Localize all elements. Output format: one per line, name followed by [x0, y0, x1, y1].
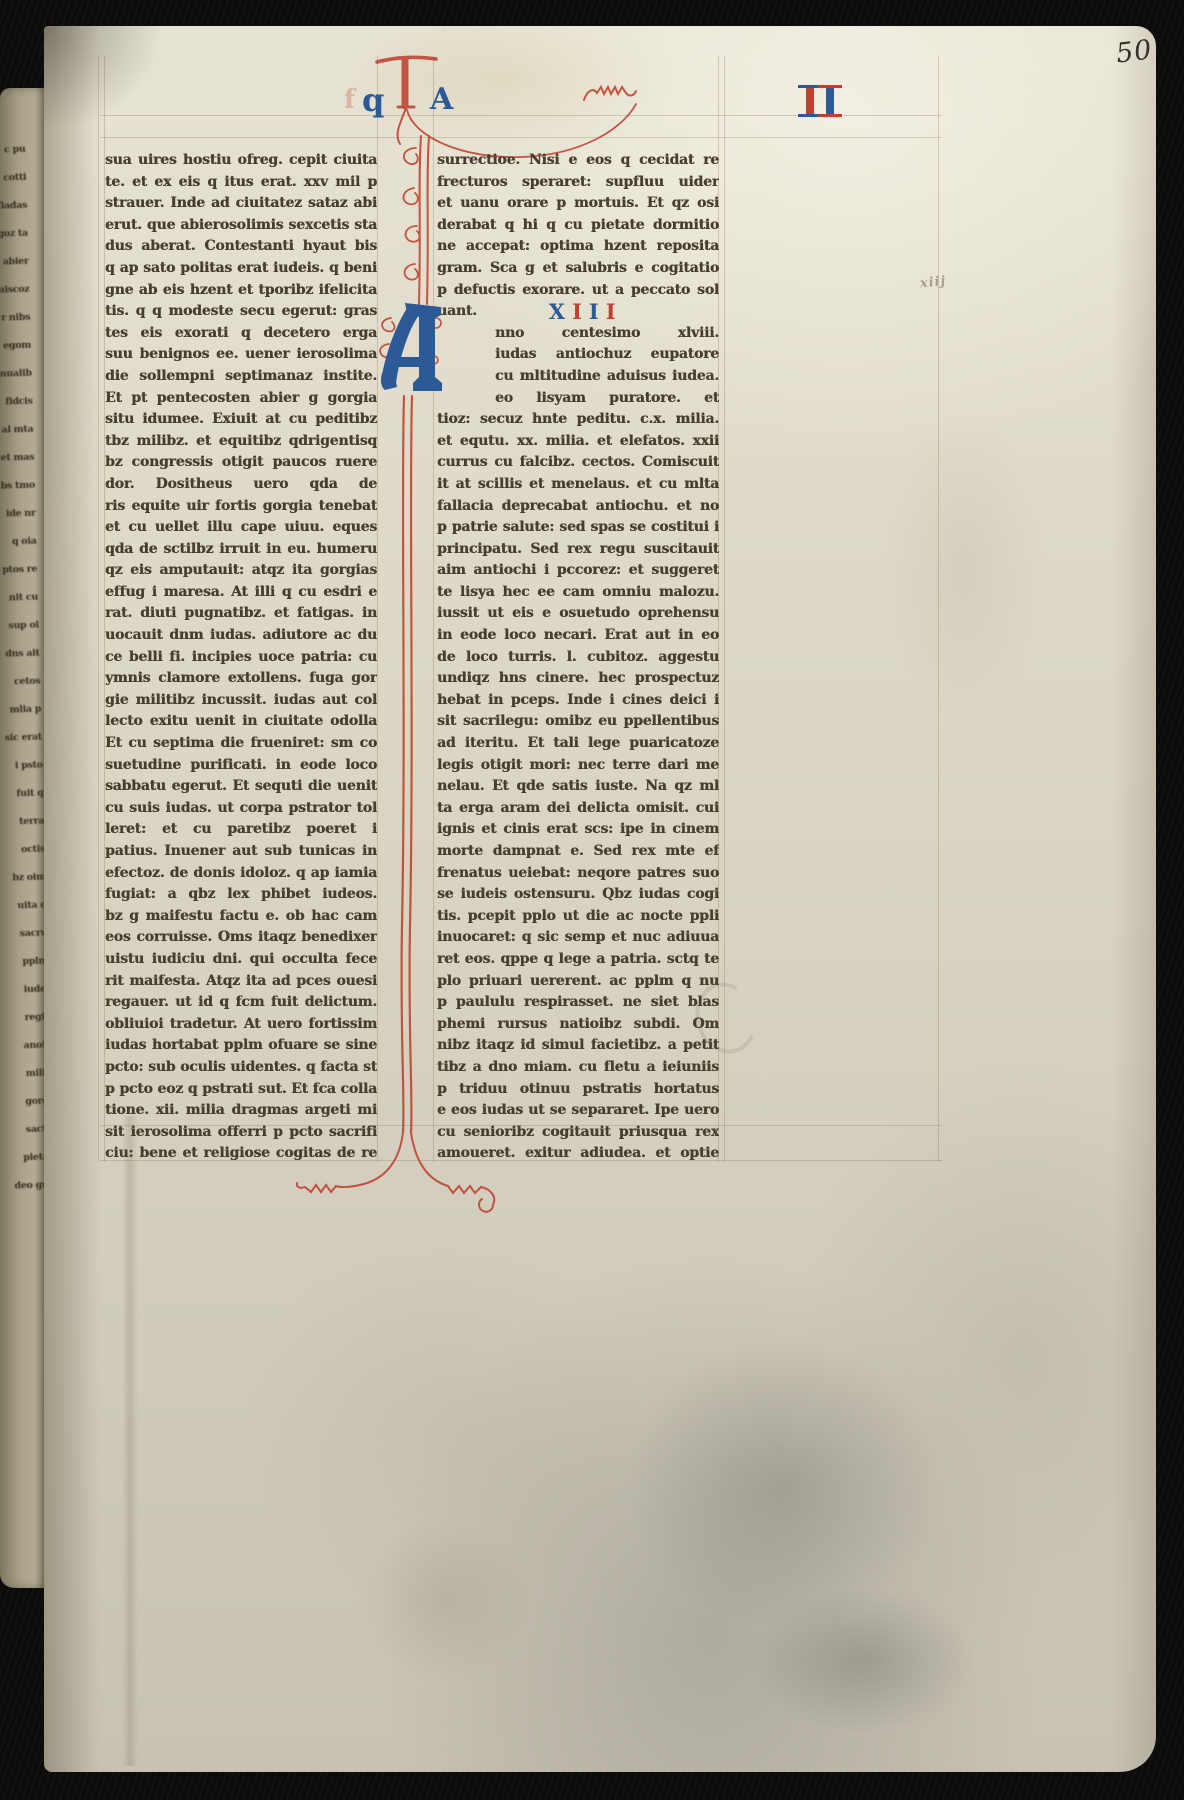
text-line: morte dampnat e. Sed rex mte ef — [437, 841, 719, 863]
bleed-through-line: r nibs — [0, 303, 37, 332]
bleed-through-line: fuit q — [3, 779, 50, 808]
text-line: p defuctis exorare. ut a peccato sol — [437, 280, 719, 302]
text-line: uant.XIII — [437, 301, 719, 323]
text-line: gram. Sca g et salubris e cogitatio — [437, 258, 719, 280]
text-line: ignis et cinis erat scs: ipe in cinem — [437, 819, 719, 841]
text-line: tibz a dno miam. cu fletu a ieiuniis — [437, 1057, 719, 1079]
text-line: iudas hortabat pplm ofuare se sine — [105, 1035, 377, 1057]
ruling-line — [377, 56, 378, 1162]
text-line: ne accepat: optima hzent reposita — [437, 236, 719, 258]
text-line: de loco turris. l. cubitoz. aggestu — [437, 647, 719, 669]
text-line: ta erga aram dei delicta omisit. cui — [437, 798, 719, 820]
text-line: tes eis exorati q decetero erga genu — [105, 323, 377, 345]
bleed-through-line: c pu — [0, 136, 32, 165]
text-line: qda de sctilbz irruit in eu. humeru — [105, 539, 377, 561]
text-line: cu suis iudas. ut corpa pstrator tol — [105, 798, 377, 820]
text-line: fugiat: a qbz lex phibet iudeos. Omi — [105, 884, 377, 906]
text-line: ce belli fi. incipies uoce patria: cu — [105, 647, 377, 669]
text-line: bz g maifestu factu e. ob hac cam — [105, 906, 377, 928]
ruling-line — [98, 56, 99, 1162]
text-line: nno centesimo xlviii. cognouit — [437, 323, 719, 345]
text-line: tis. pcepit pplo ut die ac nocte ppli — [437, 906, 719, 928]
text-line: eo lisyam puratore. et ppositu nego — [437, 388, 719, 410]
margin-note: xiij — [919, 275, 947, 292]
bleed-through-line: nit cu — [0, 583, 44, 612]
text-line: aim antiochi i pccorez: et suggeret — [437, 560, 719, 582]
chapter-numeral-letter: I — [572, 301, 582, 323]
text-line: p triduu otinuu pstratis hortatus — [437, 1079, 719, 1101]
text-line: efectoz. de donis idoloz. q ap iamia — [105, 863, 377, 885]
text-line: cu mltitudine aduisus iudea. et cu — [437, 366, 719, 388]
text-line: tione. xii. milia dragmas argeti mi — [105, 1100, 377, 1122]
text-line: uistu iudiciu dni. qui occulta fece — [105, 949, 377, 971]
bleed-through-line: cetos — [0, 667, 47, 696]
parchment-fold — [122, 1116, 138, 1766]
header-numeral-stroke — [806, 88, 814, 114]
text-line: Et cu septima die frueniret: sm co — [105, 733, 377, 755]
text-line: iudas antiochuz eupatore uenire — [437, 344, 719, 366]
text-line: frenatus ueiebat: neqore patres suo — [437, 863, 719, 885]
previous-page-edge: c pucottifiadasgoz taabieruiscozr nibseg… — [0, 88, 50, 1588]
bleed-through-line: mlia p — [1, 695, 48, 724]
text-line: plo priuari uererent. ac pplm q nu — [437, 971, 719, 993]
bleed-through-line: et mas — [0, 443, 41, 472]
text-line: ris equite uir fortis gorgia tenebat — [105, 496, 377, 518]
text-line: tbz milibz. et equitibz qdrigentisq — [105, 431, 377, 453]
text-line: undiqz hns cinere. hec prospectuz — [437, 668, 719, 690]
text-line: tioz: secuz hnte peditu. c.x. milia. — [437, 409, 719, 431]
text-line: rat. diuti pugnatibz. et fatigas. in — [105, 603, 377, 625]
text-line: sit sacrilegu: omibz eu ppellentibus — [437, 711, 719, 733]
text-line: derabat q hi q cu pietate dormitio — [437, 215, 719, 237]
text-line: ad iteritu. Et tali lege puaricatoze — [437, 733, 719, 755]
text-line: strauer. Inde ad ciuitatez sataz abi — [105, 193, 377, 215]
text-line: fallacia deprecabat antiochu. et no — [437, 496, 719, 518]
bleed-through-line: goz ta — [0, 220, 34, 249]
header-ghost-letter: f — [344, 86, 355, 114]
text-line: se iudeis ostensuru. Qbz iudas cogi — [437, 884, 719, 906]
header-letter-a: A — [430, 84, 453, 116]
ruling-line — [433, 56, 434, 1162]
chapter-numeral-letter: X — [549, 301, 565, 323]
text-line: erut. que abierosolimis sexcetis sta — [105, 215, 377, 237]
bleed-through-line: ide nr — [0, 499, 42, 528]
text-line: uocauit dnm iudas. adiutore ac du — [105, 625, 377, 647]
text-line: suu benignos ee. uener ierosolima — [105, 344, 377, 366]
text-line: ymnis clamore extollens. fuga gor — [105, 668, 377, 690]
bleed-through-line: bs tmo — [0, 471, 41, 500]
header-letter-q: q — [362, 84, 384, 116]
text-line: situ idumee. Exiuit at cu peditibz — [105, 409, 377, 431]
bleed-through-line: cotti — [0, 164, 33, 193]
bleed-through-line: ptos re — [0, 555, 44, 584]
text-line: p patrie salute: sed spas se costitui i — [437, 517, 719, 539]
text-line: gne ab eis hzent et tporibz ifelicita — [105, 280, 377, 302]
bleed-through-line: abier — [0, 248, 35, 277]
text-line: it at scillis et menelaus. et cu mlta — [437, 474, 719, 496]
text-line: te lisya hec ee cam omniu malozu. — [437, 582, 719, 604]
text-line: dor. Dositheus uero qda de bacheno — [105, 474, 377, 496]
bleed-through-line: uiscoz — [0, 276, 36, 305]
text-line: eos corruisse. Oms itaqz benedixer — [105, 927, 377, 949]
bleed-through-line: i psto — [2, 751, 49, 780]
text-line: obliuioi tradetur. At uero fortissim — [105, 1014, 377, 1036]
text-line: amoueret. exitur adiudea. et optie — [437, 1143, 719, 1165]
text-line: die sollempni septimanaz instite. — [105, 366, 377, 388]
text-line: Et pt pentecosten abier g gorgia ppo — [105, 388, 377, 410]
text-line: rit maifesta. Atqz ita ad pces ouesi — [105, 971, 377, 993]
ruling-line — [100, 137, 942, 138]
text-line: gie militibz incussit. iudas aut col — [105, 690, 377, 712]
header-numeral-right — [806, 88, 834, 114]
text-line: in eode loco necari. Erat aut in eo — [437, 625, 719, 647]
parchment-smudge — [854, 356, 1074, 776]
text-column-left: sua uires hostiu ofreg. cepit ciuitate. … — [105, 150, 377, 1166]
text-line: p pcto eoz q pstrati sut. Et fca colla — [105, 1079, 377, 1101]
text-line: currus cu falcibz. cectos. Comiscuit — [437, 452, 719, 474]
bleed-through-line: egom — [0, 331, 37, 360]
ruling-line — [938, 56, 939, 1162]
text-line: nibz itaqz id simul facietibz. a petit — [437, 1035, 719, 1057]
header-numeral-stroke — [826, 88, 834, 114]
text-line: p paululu respirasset. ne siet blas — [437, 992, 719, 1014]
text-line: suetudine purificati. in eode loco — [105, 755, 377, 777]
text-line: ciu: bene et religiose cogitas de re — [105, 1143, 377, 1165]
text-line: e eos iudas ut se separaret. Ipe uero — [437, 1100, 719, 1122]
bleed-through-line: sup oi — [0, 611, 45, 640]
text-line: ret eos. qppe q lege a patria. sctq te — [437, 949, 719, 971]
text-line: cu senioribz cogitauit priusqua rex — [437, 1122, 719, 1144]
text-line: leret: et cu paretibz poeret i sepulcs — [105, 819, 377, 841]
text-line: pcto: sub oculis uidentes. q facta st — [105, 1057, 377, 1079]
text-line: patius. Inuener aut sub tunicas in — [105, 841, 377, 863]
bleed-through-line: nualib — [0, 359, 38, 388]
text-line: principatu. Sed rex regu suscitauit — [437, 539, 719, 561]
text-line: phemi rursus natioibz subdi. Om — [437, 1014, 719, 1036]
text-line: sit ierosolima offerri p pcto sacrifi — [105, 1122, 377, 1144]
bleed-through-line: al mta — [0, 415, 40, 444]
bleed-through-line: q oia — [0, 527, 43, 556]
text-line: frecturos speraret: supfluu uider — [437, 172, 719, 194]
parchment-smudge — [314, 1486, 574, 1716]
chapter-numeral-letter: I — [606, 301, 616, 323]
text-line: q ap sato politas erat iudeis. q beni — [105, 258, 377, 280]
parchment-smudge — [704, 1556, 1024, 1766]
bleed-through-line: fidcis — [0, 387, 39, 416]
folio-number: 50 — [1114, 32, 1177, 69]
text-column-right: surrectioe. Nisi e eos q cecidat refrect… — [437, 150, 719, 1166]
bleed-through-line: fiadas — [0, 192, 33, 221]
text-line: hebat in pceps. Inde i cines deici i — [437, 690, 719, 712]
text-line: dus aberat. Contestanti hyaut bis — [105, 236, 377, 258]
text-line: lecto exitu uenit in ciuitate odolla — [105, 711, 377, 733]
text-line: regauer. ut id q fcm fuit delictum. — [105, 992, 377, 1014]
chapter-numeral: XIII — [549, 301, 616, 323]
text-line: sua uires hostiu ofreg. cepit ciuita — [105, 150, 377, 172]
manuscript-page: 50 f q A xiij — [44, 26, 1156, 1772]
bleed-through-line: sic erat — [2, 723, 49, 752]
text-line: et uanu orare p mortuis. Et qz osi — [437, 193, 719, 215]
text-line: tis. q q modeste secu egerut: gras agt — [105, 301, 377, 323]
text-line: et cu uellet illu cape uiuu. eques — [105, 517, 377, 539]
text-line: iussit ut eis e osuetudo oprehensu — [437, 603, 719, 625]
parchment-smudge — [564, 1286, 1004, 1686]
text-line: bz congressis otigit paucos ruere iu — [105, 452, 377, 474]
text-line: et equtu. xx. milia. et elefatos. xxii — [437, 431, 719, 453]
text-line: nelau. Et qde satis iuste. Na qz ml — [437, 776, 719, 798]
decorated-initial-A — [381, 303, 443, 395]
text-line: inuocaret: q sic semp et nuc adiuua — [437, 927, 719, 949]
chapter-numeral-letter: I — [589, 301, 599, 323]
text-line: te. et ex eis q itus erat. xxv mil p — [105, 172, 377, 194]
text-line: effug i maresa. At illi q cu esdri e — [105, 582, 377, 604]
bleed-through-line: dns ait — [0, 639, 46, 668]
text-line: sabbatu egerut. Et sequti die uenit — [105, 776, 377, 798]
text-line: surrectioe. Nisi e eos q cecidat re — [437, 150, 719, 172]
text-line: legis otigit mori: nec terre dari me — [437, 755, 719, 777]
text-line: qz eis amputauit: atqz ita gorgias — [105, 560, 377, 582]
